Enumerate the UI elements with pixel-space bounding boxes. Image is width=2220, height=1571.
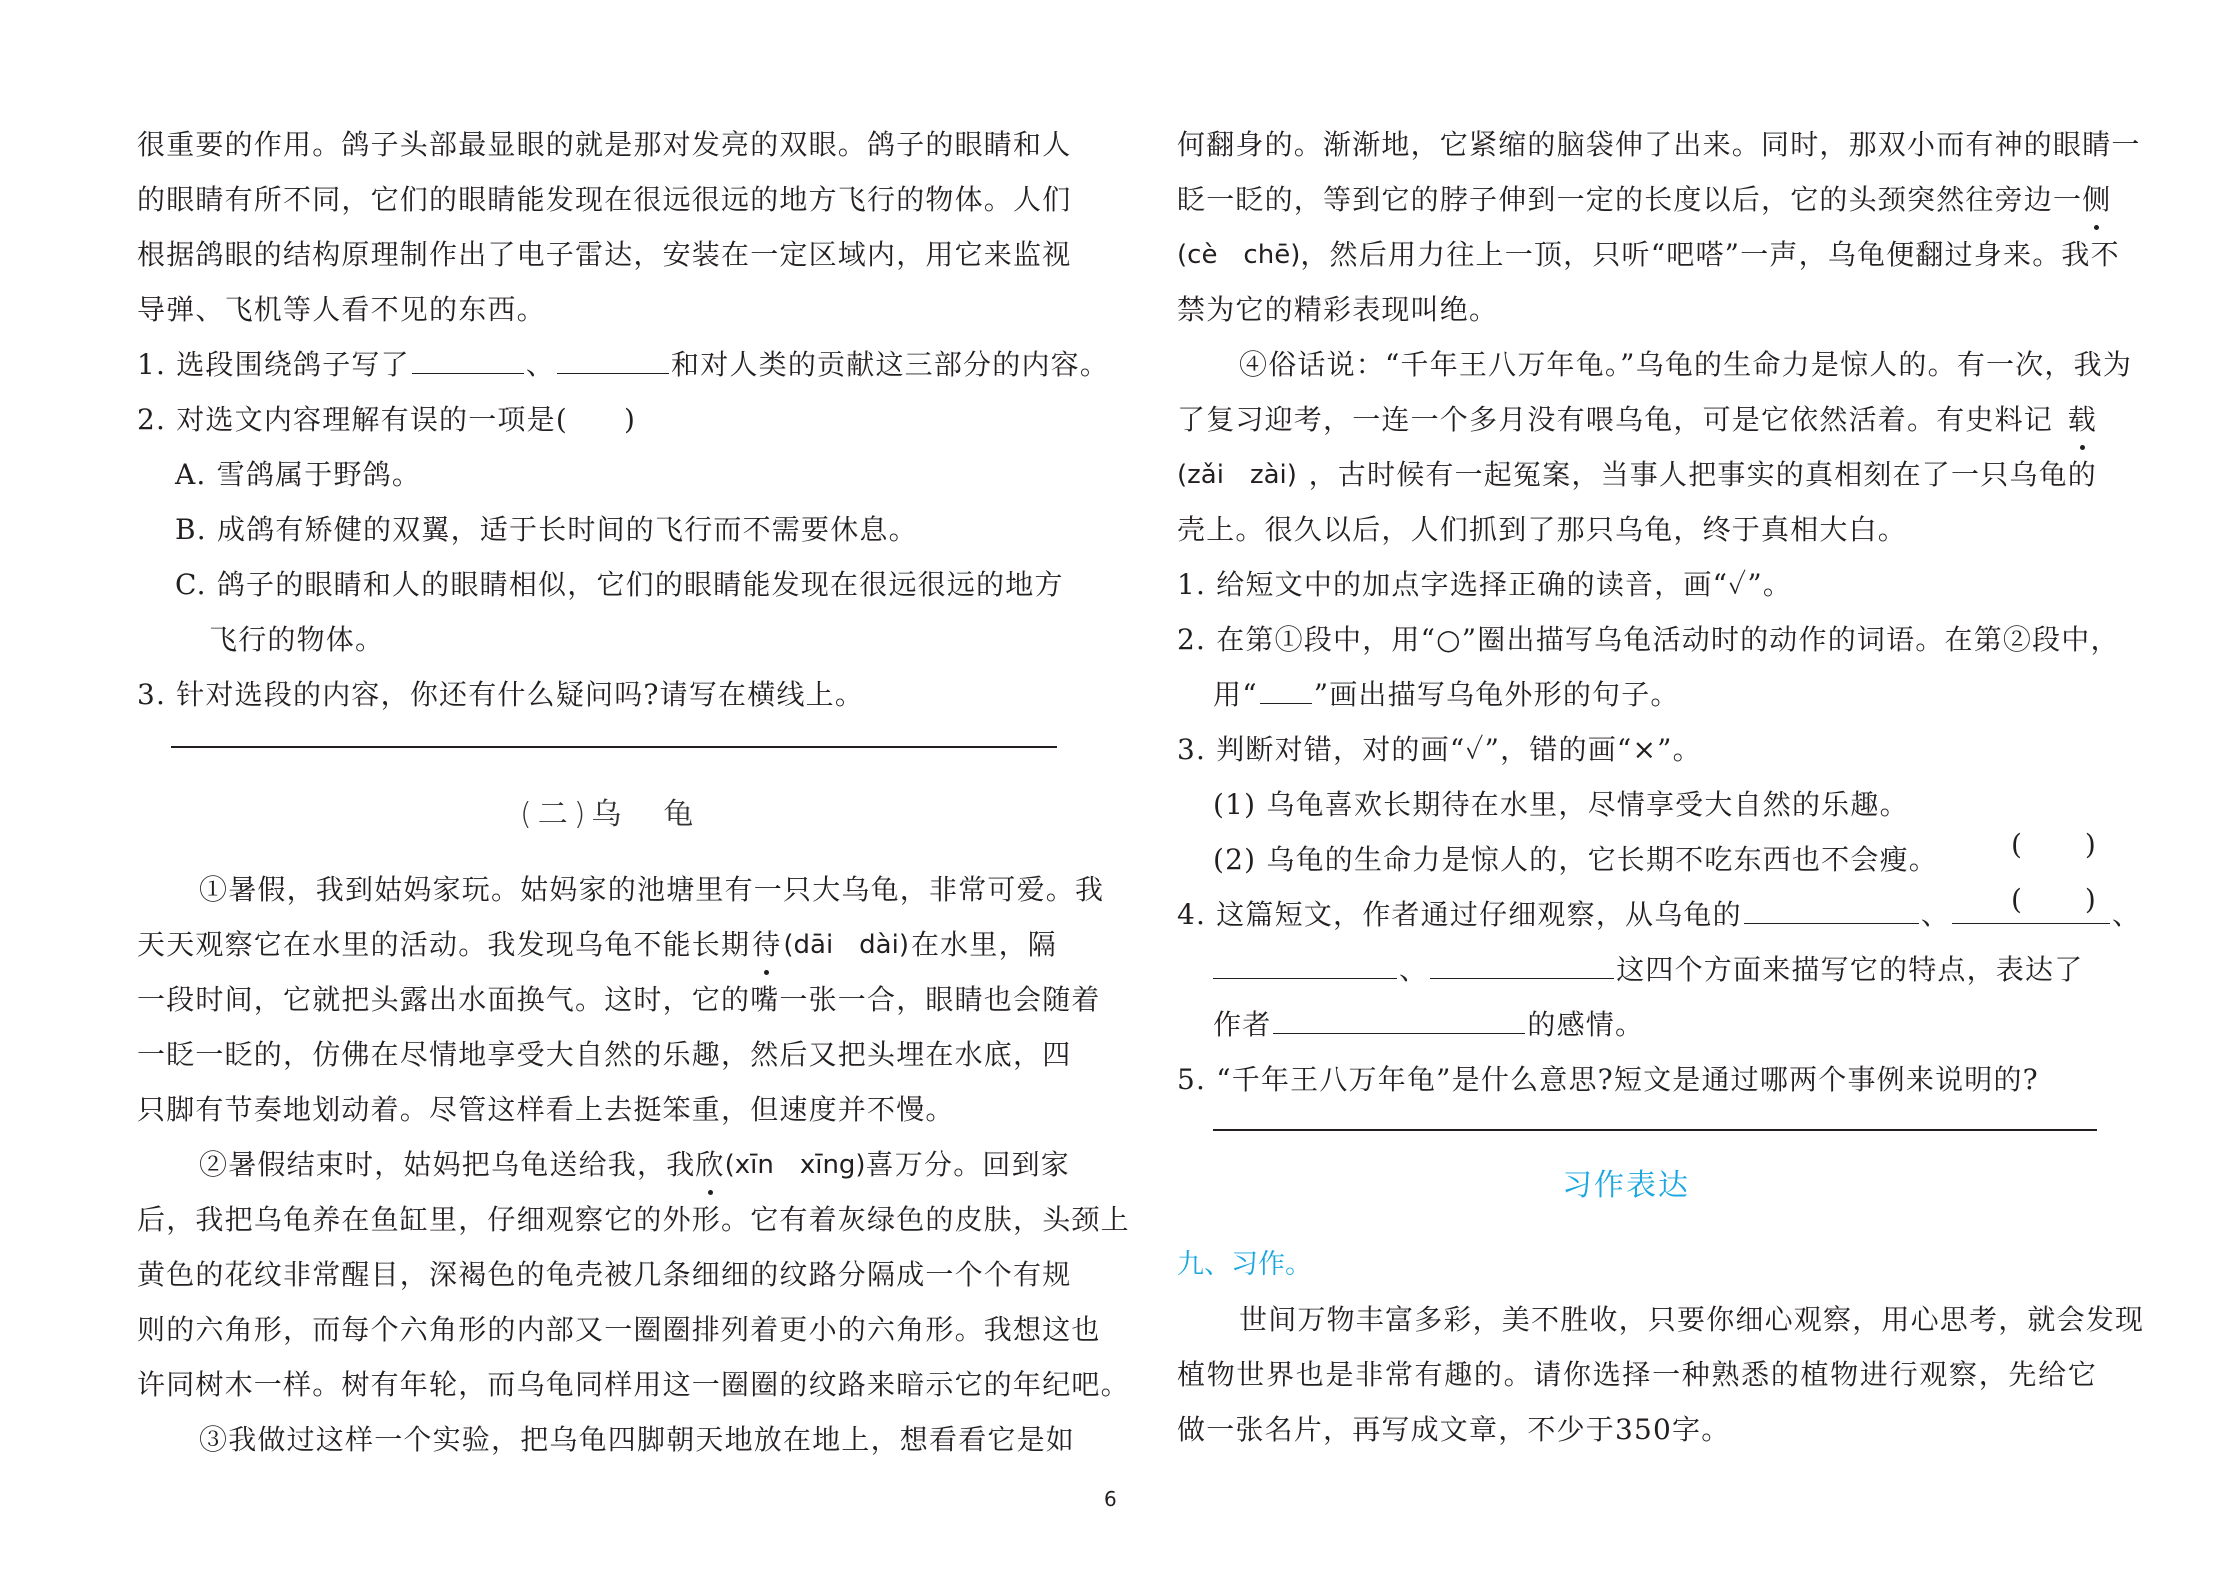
- question-number: 1.: [137, 348, 166, 381]
- separator: 、: [2112, 898, 2141, 931]
- paragraph-4-line: ④俗话说：“千年王八万年龟。”乌龟的生命力是惊人的。有一次，我为: [1177, 345, 2097, 385]
- answer-blank[interactable]: [1273, 1005, 1525, 1034]
- text-segment: 用“: [1213, 678, 1258, 711]
- separator: 、: [526, 348, 555, 381]
- question-1: 1. 选段围绕鸽子写了、和对人类的贡献这三部分的内容。: [137, 345, 1109, 385]
- paragraph-3-line: 禁为它的精彩表现叫绝。: [1177, 290, 1498, 330]
- judge-item-2: (2) 乌龟的生命力是惊人的，它长期不吃东西也不会瘦。 ( ): [1213, 840, 2097, 880]
- paragraph-2-line: 后，我把乌龟养在鱼缸里，仔细观察它的外形。它有着灰绿色的皮肤，头颈上: [137, 1200, 1057, 1240]
- text-segment: ”画出描写乌龟外形的句子。: [1314, 678, 1680, 711]
- passage-line: 导弹、飞机等人看不见的东西。: [137, 290, 546, 330]
- paragraph-2-line: 许同树木一样。树有年轮，而乌龟同样用这一圈圈的纹路来暗示它的年纪吧。: [137, 1365, 1057, 1405]
- pinyin-choice[interactable]: (zǎi zài): [1177, 455, 1297, 495]
- text-segment: 这四个方面来描写它的特点，表达了: [1616, 953, 2083, 986]
- item-label: (2): [1213, 843, 1256, 876]
- item-text: 乌龟喜欢长期待在水里，尽情享受大自然的乐趣。: [1266, 788, 1908, 821]
- paragraph-3-line: 眨一眨的，等到它的脖子伸到一定的长度以后，它的头颈突然往旁边一侧: [1177, 180, 2097, 220]
- paragraph-2-line: ②暑假结束时，姑妈把乌龟送给我，我欣(xīn xīng)喜万分。回到家: [137, 1145, 1057, 1185]
- answer-line[interactable]: [1213, 1129, 2097, 1131]
- question-text: 和对人类的贡献这三部分的内容。: [671, 348, 1109, 381]
- separator: 、: [1399, 953, 1428, 986]
- item-text: 乌龟的生命力是惊人的，它长期不吃东西也不会瘦。: [1266, 843, 1938, 876]
- writing-prompt-line: 植物世界也是非常有趣的。请你选择一种熟悉的植物进行观察，先给它: [1177, 1355, 2097, 1395]
- question-number: 1.: [1177, 568, 1206, 601]
- question-text: 选段围绕鸽子写了: [176, 348, 410, 381]
- option-text: 鸽子的眼睛和人的眼睛相似，它们的眼睛能发现在很远很远的地方: [217, 568, 1064, 601]
- paragraph-4-line: 了复习迎考，一连一个多月没有喂乌龟，可是它依然活着。有史料记载: [1177, 400, 2097, 440]
- option-label: C.: [175, 568, 207, 601]
- pinyin-choice[interactable]: (xīn xīng): [725, 1145, 866, 1185]
- passage-line: 很重要的作用。鸽子头部最显眼的就是那对发亮的双眼。鸽子的眼睛和人: [137, 125, 1057, 165]
- text-segment: 了复习迎考，一连一个多月没有喂乌龟，可是它依然活着。有史料记: [1177, 400, 2053, 440]
- emphasis-dot-char: 待: [752, 925, 781, 965]
- paragraph-1-line: 一段时间，它就把头露出水面换气。这时，它的嘴一张一合，眼睛也会随着: [137, 980, 1057, 1020]
- paragraph-2-line: 黄色的花纹非常醒目，深褐色的龟壳被几条细细的纹路分隔成一个个有规: [137, 1255, 1057, 1295]
- writing-prompt-line: 世间万物丰富多彩，美不胜收，只要你细心观察，用心思考，就会发现: [1177, 1300, 2097, 1340]
- question-5: 5. “千年王八万年龟”是什么意思?短文是通过哪两个事例来说明的?: [1177, 1060, 2039, 1100]
- underline-sample: [1260, 677, 1312, 704]
- answer-blank[interactable]: [1952, 895, 2110, 924]
- question-text: “千年王八万年龟”是什么意思?短文是通过哪两个事例来说明的?: [1216, 1063, 2039, 1096]
- passage-line: 根据鸽眼的结构原理制作出了电子雷达，安装在一定区域内，用它来监视: [137, 235, 1057, 275]
- paragraph-1-line: 一眨一眨的，仿佛在尽情地享受大自然的乐趣，然后又把头埋在水底，四: [137, 1035, 1057, 1075]
- paragraph-3-line: ③我做过这样一个实验，把乌龟四脚朝天地放在地上，想看看它是如: [137, 1420, 1057, 1460]
- answer-blank[interactable]: [1213, 950, 1397, 979]
- option-a[interactable]: A. 雪鸽属于野鸽。: [175, 455, 421, 495]
- question-number: 4.: [1177, 898, 1206, 931]
- section-title-turtle: (二)乌 龟: [520, 795, 699, 835]
- option-text: 雪鸽属于野鸽。: [217, 458, 421, 491]
- text-segment: ，然后用力往上一顶，只听“吧嗒”一声，乌龟便翻过身来。我不: [1300, 235, 2119, 275]
- option-label: B.: [175, 513, 207, 546]
- question-text: 给短文中的加点字选择正确的读音，画“✓”。: [1216, 568, 1792, 601]
- answer-line[interactable]: [171, 746, 1057, 748]
- question-4: 4. 这篇短文，作者通过仔细观察，从乌龟的、、: [1177, 895, 2141, 935]
- question-2: 2. 在第①段中，用“○”圈出描写乌龟活动时的动作的词语。在第②段中，: [1177, 620, 2097, 660]
- question-number: 2.: [1177, 623, 1206, 656]
- item-label: (1): [1213, 788, 1256, 821]
- question-number: 3.: [1177, 733, 1206, 766]
- question-text: 针对选段的内容，你还有什么疑问吗?请写在横线上。: [176, 678, 864, 711]
- question-number: 5.: [1177, 1063, 1206, 1096]
- separator: 、: [1921, 898, 1950, 931]
- paragraph-2-line: 则的六角形，而每个六角形的内部又一圈圈排列着更小的六角形。我想这也: [137, 1310, 1057, 1350]
- question-2-continued: 用“”画出描写乌龟外形的句子。: [1213, 675, 1680, 715]
- paragraph-1-line: 天天观察它在水里的活动。我发现乌龟不能长期待(dāi dài)在水里，隔: [137, 925, 1057, 965]
- question-2: 2. 对选文内容理解有误的一项是(): [137, 400, 636, 440]
- passage-line: 的眼睛有所不同，它们的眼睛能发现在很远很远的地方飞行的物体。人们: [137, 180, 1057, 220]
- text-segment: 的感情。: [1527, 1008, 1644, 1041]
- question-text: 对选文内容理解有误的一项是(: [176, 403, 568, 436]
- text-segment: ②暑假结束时，姑妈把乌龟送给我，我: [199, 1145, 695, 1185]
- text-segment: 喜万分。回到家: [866, 1145, 1070, 1185]
- pinyin-choice[interactable]: (dāi dài): [783, 925, 909, 965]
- pinyin-choice[interactable]: (cè chē): [1177, 235, 1300, 275]
- emphasis-dot-char: 侧: [2082, 180, 2111, 220]
- writing-prompt-line: 做一张名片，再写成文章，不少于350字。: [1177, 1410, 1730, 1450]
- paragraph-3-line: 何翻身的。渐渐地，它紧缩的脑袋伸了出来。同时，那双小而有神的眼睛一: [1177, 125, 2097, 165]
- judge-item-1: (1) 乌龟喜欢长期待在水里，尽情享受大自然的乐趣。 ( ): [1213, 785, 2097, 825]
- option-label: A.: [175, 458, 207, 491]
- question-text: 这篇短文，作者通过仔细观察，从乌龟的: [1216, 898, 1742, 931]
- paren-close: ): [624, 403, 636, 436]
- text-segment: 眨一眨的，等到它的脖子伸到一定的长度以后，它的头颈突然往旁边一: [1177, 180, 2082, 220]
- question-3: 3. 判断对错，对的画“✓”，错的画“×”。: [1177, 730, 1702, 770]
- text-segment: 作者: [1213, 1008, 1271, 1041]
- paragraph-1-line: ①暑假，我到姑妈家玩。姑妈家的池塘里有一只大乌龟，非常可爱。我: [137, 870, 1057, 910]
- text-segment: 天天观察它在水里的活动。我发现乌龟不能长期: [137, 925, 750, 965]
- question-4-continued: 作者的感情。: [1213, 1005, 1644, 1045]
- option-c[interactable]: C. 鸽子的眼睛和人的眼睛相似，它们的眼睛能发现在很远很远的地方: [175, 565, 1064, 605]
- paragraph-1-line: 只脚有节奏地划动着。尽管这样看上去挺笨重，但速度并不慢。: [137, 1090, 955, 1130]
- answer-blank[interactable]: [557, 345, 669, 374]
- answer-blank[interactable]: [1430, 950, 1614, 979]
- page-number: 6: [1104, 1487, 1117, 1511]
- text-segment: 在水里，隔: [911, 925, 1057, 965]
- question-number: 3.: [137, 678, 166, 711]
- emphasis-dot-char: 欣: [695, 1145, 724, 1185]
- answer-blank[interactable]: [1744, 895, 1919, 924]
- option-b[interactable]: B. 成鸽有矫健的双翼，适于长时间的飞行而不需要休息。: [175, 510, 918, 550]
- section-heading-writing: 习作表达: [1562, 1166, 1690, 1206]
- question-4-continued: 、这四个方面来描写它的特点，表达了: [1213, 950, 2083, 990]
- question-1: 1. 给短文中的加点字选择正确的读音，画“✓”。: [1177, 565, 1792, 605]
- paragraph-3-line: (cè chē)，然后用力往上一顶，只听“吧嗒”一声，乌龟便翻过身来。我不: [1177, 235, 2097, 275]
- question-text: 在第①段中，用“○”圈出描写乌龟活动时的动作的词语。在第②段中，: [1216, 623, 2119, 656]
- answer-blank[interactable]: [412, 345, 524, 374]
- question-number: 2.: [137, 403, 166, 436]
- paragraph-4-line: (zǎi zài)，古时候有一起冤案，当事人把事实的真相刻在了一只乌龟的: [1177, 455, 2097, 495]
- option-text: 成鸽有矫健的双翼，适于长时间的飞行而不需要休息。: [217, 513, 918, 546]
- task-heading: 九、习作。: [1177, 1245, 1312, 1285]
- text-segment: ，古时候有一起冤案，当事人把事实的真相刻在了一只乌龟的: [1309, 455, 2097, 495]
- question-text: 判断对错，对的画“✓”，错的画“×”。: [1216, 733, 1702, 766]
- question-3: 3. 针对选段的内容，你还有什么疑问吗?请写在横线上。: [137, 675, 864, 715]
- emphasis-dot-char: 载: [2068, 400, 2097, 440]
- paragraph-4-line: 壳上。很久以后，人们抓到了那只乌龟，终于真相大白。: [1177, 510, 1907, 550]
- option-c-continued: 飞行的物体。: [209, 620, 384, 660]
